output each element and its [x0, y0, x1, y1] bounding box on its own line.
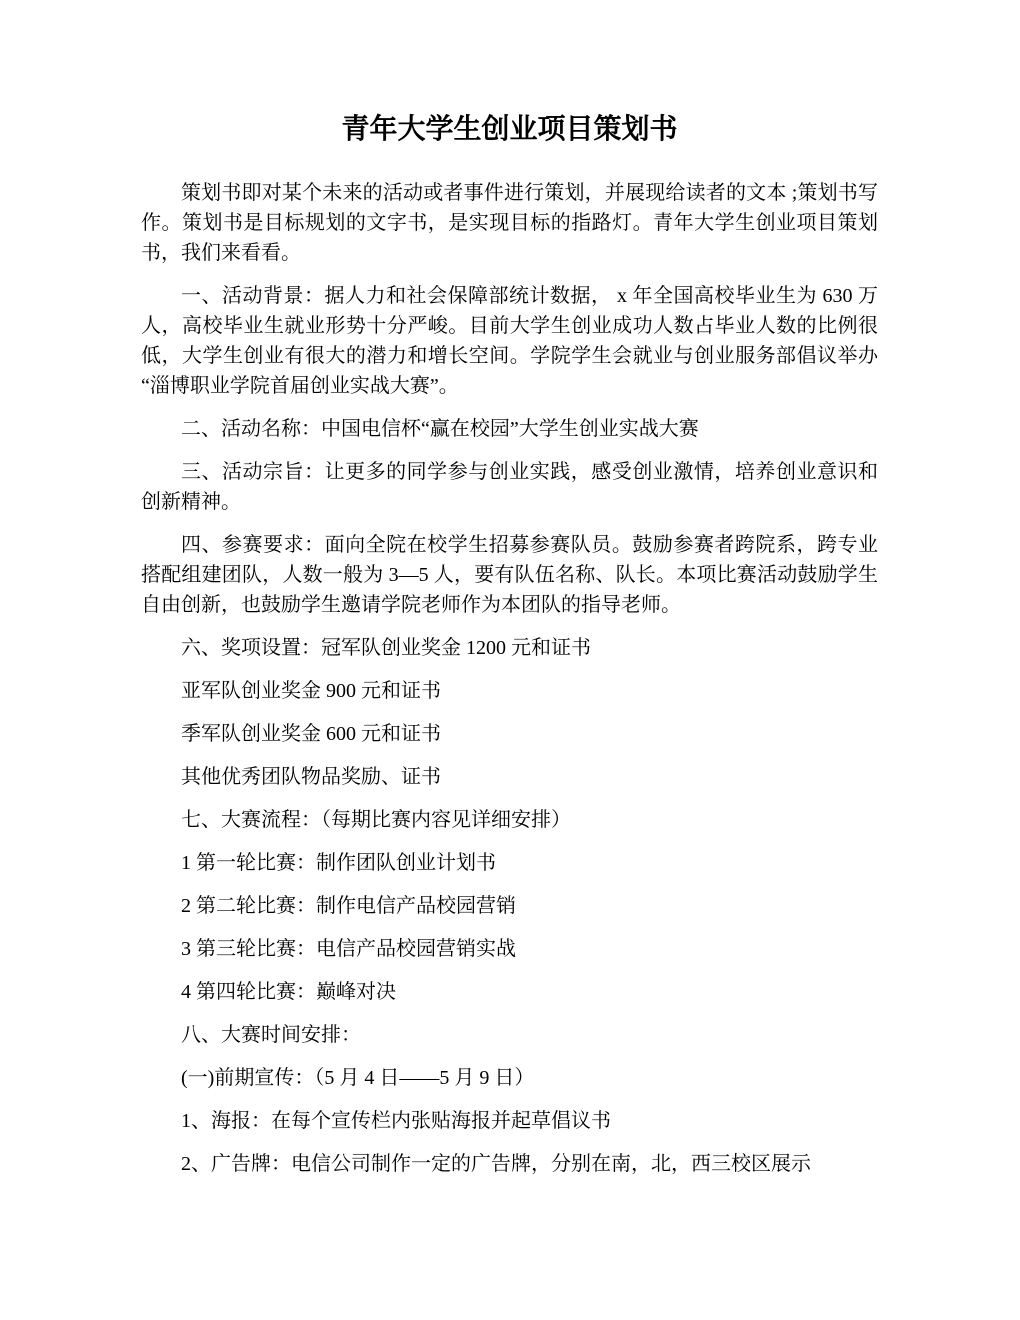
paragraph-schedule-phase-1: (一)前期宣传：（5 月 4 日——5 月 9 日）: [141, 1063, 878, 1093]
paragraph-round-2: 2 第二轮比赛：制作电信产品校园营销: [141, 891, 878, 921]
paragraph-section-8-schedule: 八、大赛时间安排：: [141, 1020, 878, 1050]
paragraph-award-third: 季军队创业奖金 600 元和证书: [141, 719, 878, 749]
paragraph-section-6-awards: 六、奖项设置：冠军队创业奖金 1200 元和证书: [141, 633, 878, 663]
paragraph-award-runner-up: 亚军队创业奖金 900 元和证书: [141, 676, 878, 706]
document-content: 青年大学生创业项目策划书 策划书即对某个未来的活动或者事件进行策划，并展现给读者…: [141, 112, 878, 1192]
paragraph-section-2-name: 二、活动名称：中国电信杯“赢在校园”大学生创业实战大赛: [141, 414, 878, 444]
paragraph-intro: 策划书即对某个未来的活动或者事件进行策划，并展现给读者的文本 ;策划书写作。策划…: [141, 178, 878, 268]
paragraph-section-3-purpose: 三、活动宗旨：让更多的同学参与创业实践，感受创业激情，培养创业意识和创新精神。: [141, 457, 878, 517]
paragraph-round-3: 3 第三轮比赛：电信产品校园营销实战: [141, 934, 878, 964]
paragraph-section-7-process: 七、大赛流程：（每期比赛内容见详细安排）: [141, 805, 878, 835]
paragraph-round-1: 1 第一轮比赛：制作团队创业计划书: [141, 848, 878, 878]
paragraph-section-4-requirements: 四、参赛要求：面向全院在校学生招募参赛队员。鼓励参赛者跨院系，跨专业搭配组建团队…: [141, 530, 878, 620]
paragraph-section-1-background: 一、活动背景：据人力和社会保障部统计数据， x 年全国高校毕业生为 630 万人…: [141, 281, 878, 401]
document-title: 青年大学生创业项目策划书: [141, 112, 878, 148]
document-page: 青年大学生创业项目策划书 策划书即对某个未来的活动或者事件进行策划，并展现给读者…: [0, 0, 1020, 1320]
paragraph-publicity-billboard: 2、广告牌：电信公司制作一定的广告牌，分别在南，北，西三校区展示: [141, 1149, 878, 1179]
paragraph-award-other: 其他优秀团队物品奖励、证书: [141, 762, 878, 792]
paragraph-publicity-poster: 1、海报：在每个宣传栏内张贴海报并起草倡议书: [141, 1106, 878, 1136]
paragraph-round-4: 4 第四轮比赛：巅峰对决: [141, 977, 878, 1007]
